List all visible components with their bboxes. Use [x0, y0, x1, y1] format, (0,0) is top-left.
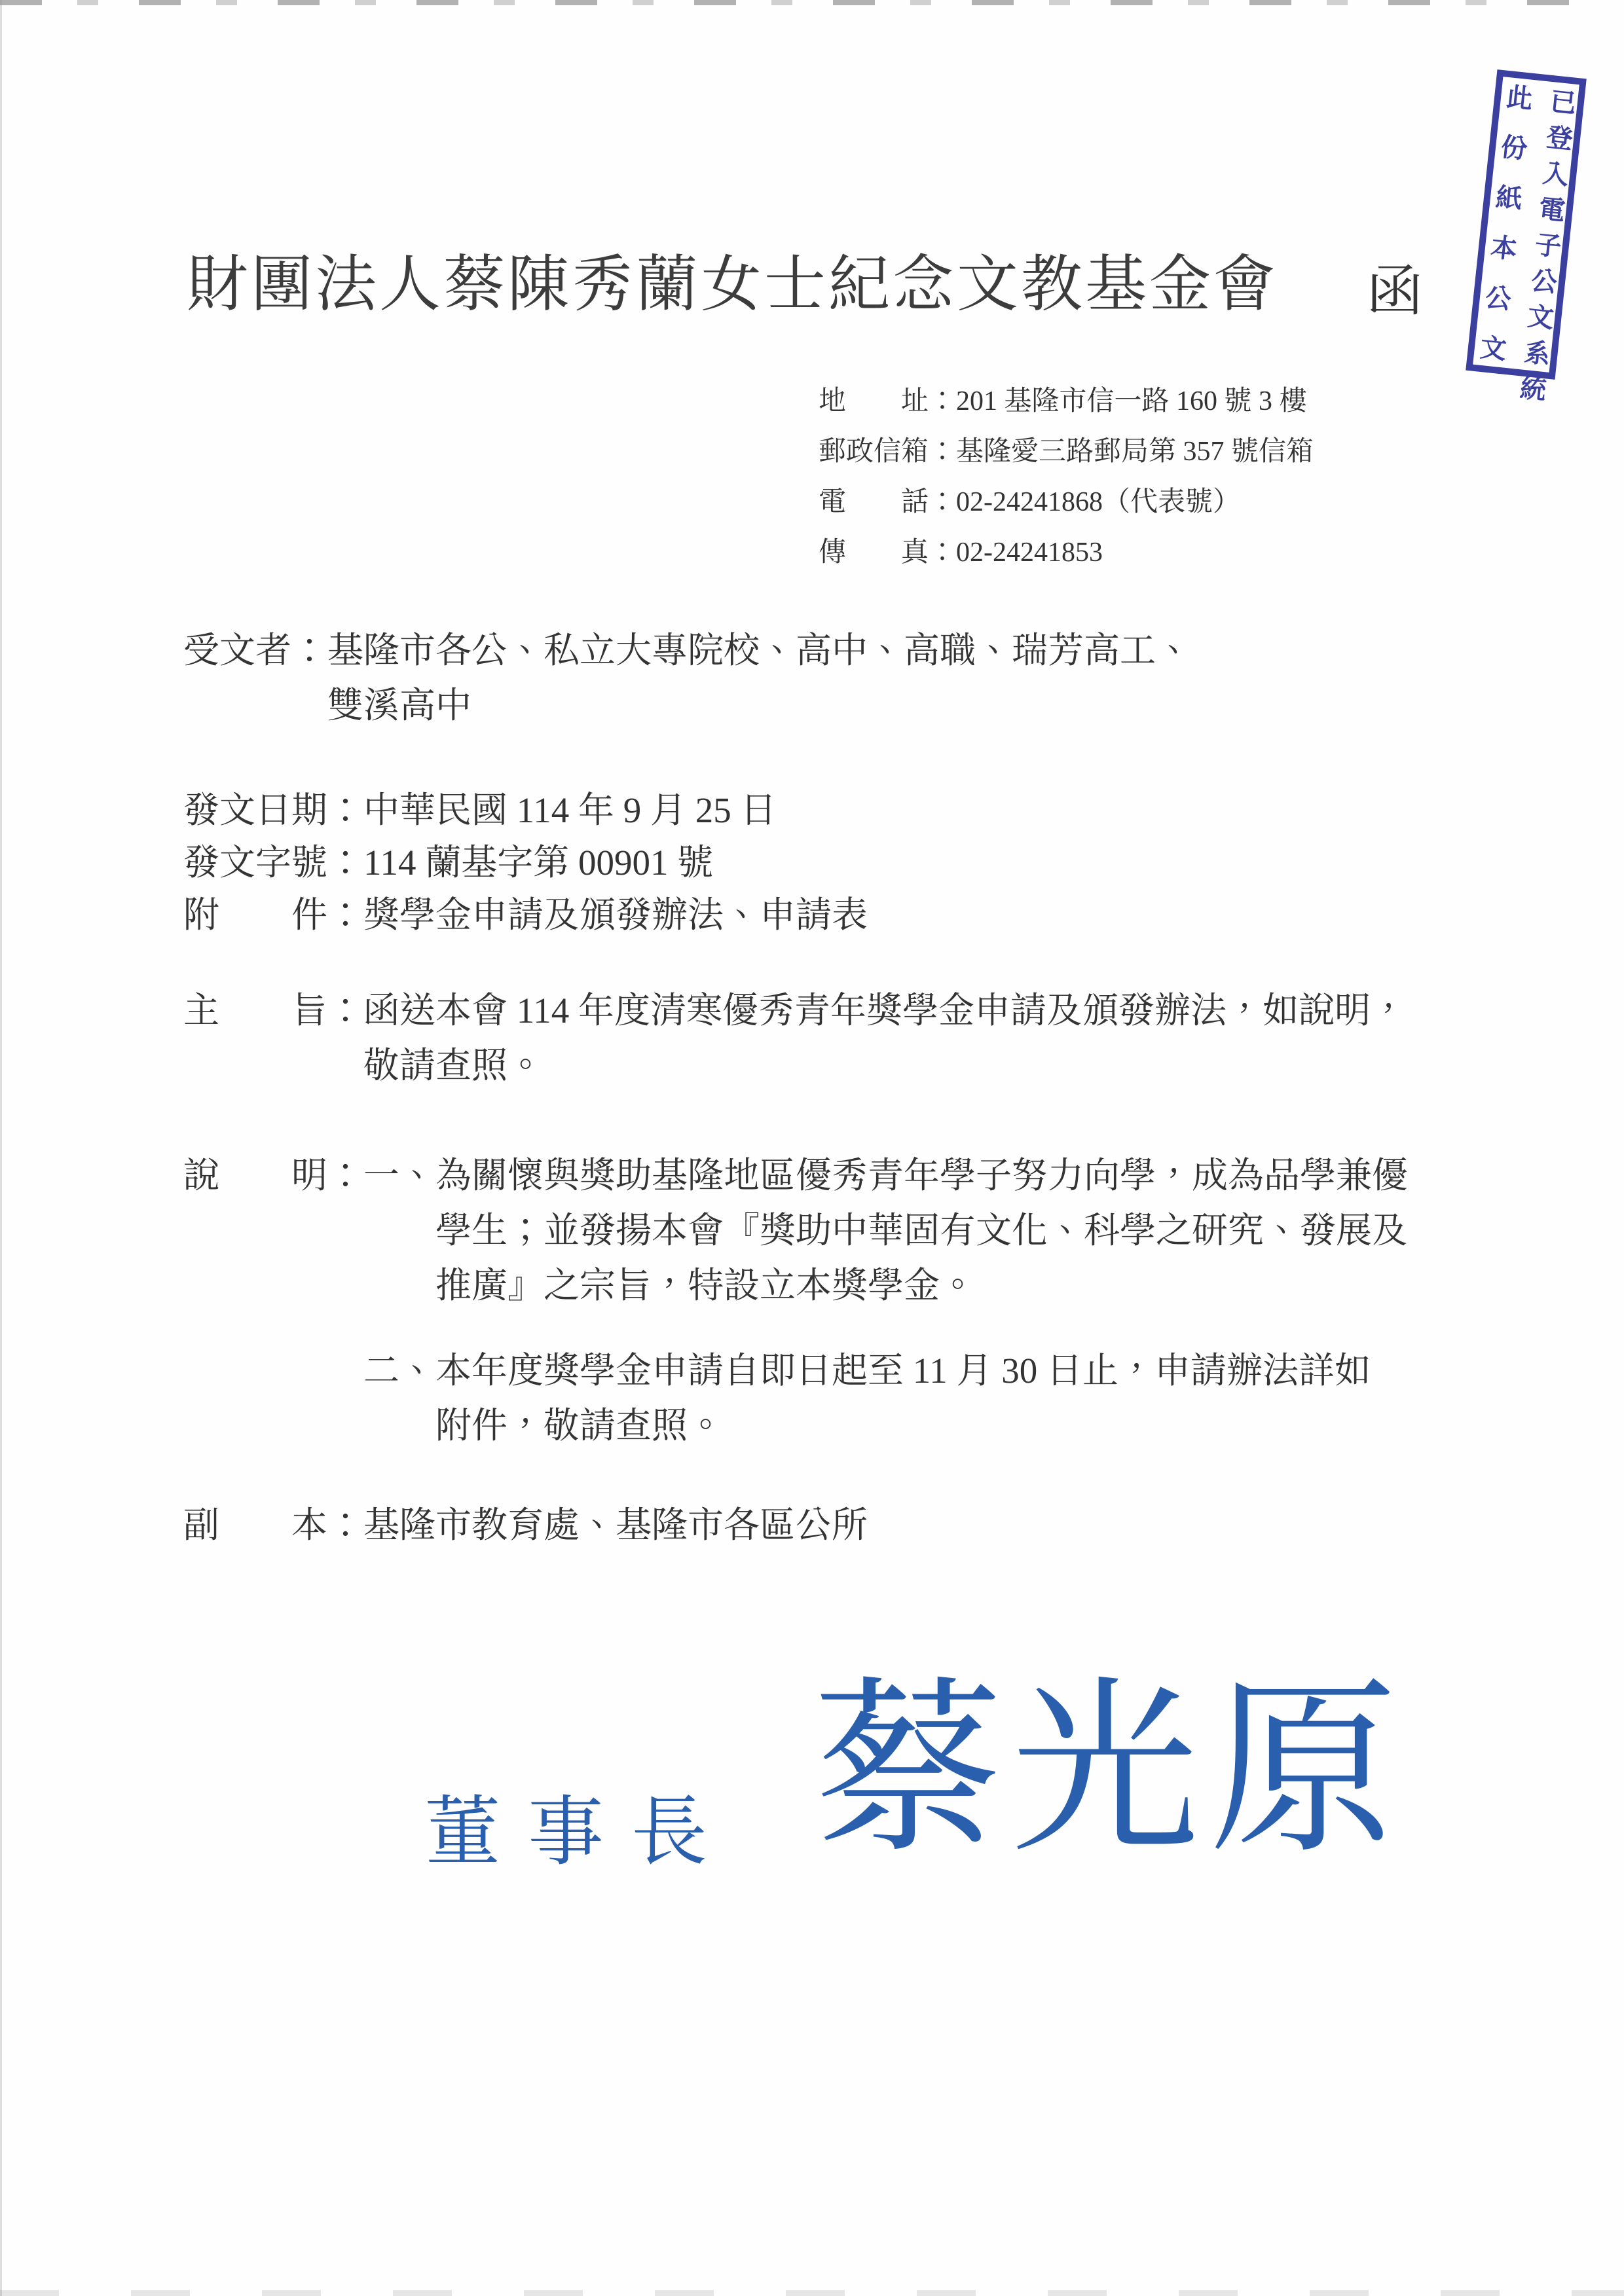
description-block: 說 明： 一、 為關懷與獎助基隆地區優秀青年學子努力向學，成為品學兼優 學生；並… — [183, 1148, 1408, 1453]
address-label: 地 址： — [819, 376, 956, 427]
description-items: 一、 為關懷與獎助基隆地區優秀青年學子努力向學，成為品學兼優 學生；並發揚本會『… — [363, 1148, 1408, 1453]
carbon-copy-value: 基隆市教育處、基隆市各區公所 — [363, 1498, 868, 1553]
pobox-label: 郵政信箱： — [819, 427, 956, 477]
phone-value: 02-24241868（代表號） — [956, 477, 1240, 528]
scan-artifact-left-edge — [0, 0, 2, 2296]
description-label: 說 明： — [183, 1148, 363, 1203]
recipient-line: 基隆市各公、私立大專院校、高中、高職、瑞芳高工、 — [327, 623, 1192, 678]
reference-number-value: 114 蘭基字第 00901 號 — [363, 837, 713, 889]
item-lines: 為關懷與獎助基隆地區優秀青年學子努力向學，成為品學兼優 學生；並發揚本會『獎助中… — [435, 1148, 1408, 1313]
item-number: 二、 — [363, 1343, 435, 1398]
pobox-row: 郵政信箱： 基隆愛三路郵局第 357 號信箱 — [819, 427, 1314, 477]
description-line: 為關懷與獎助基隆地區優秀青年學子努力向學，成為品學兼優 — [435, 1148, 1408, 1203]
description-item-2: 二、 本年度獎學金申請自即日起至 11 月 30 日止，申請辦法詳如 附件，敬請… — [363, 1343, 1408, 1453]
fax-row: 傳 真： 02-24241853 — [819, 528, 1314, 578]
carbon-copy-label: 副 本： — [183, 1498, 363, 1553]
electronic-registration-stamp: 此份紙本公文 已登入電子公文系統 — [1466, 69, 1587, 380]
fax-value: 02-24241853 — [956, 528, 1103, 578]
subject-line: 敬請查照。 — [363, 1038, 1407, 1093]
issue-date-label: 發文日期： — [183, 784, 363, 837]
attachment-row: 附 件： 獎學金申請及頒發辦法、申請表 — [183, 889, 868, 941]
page-title: 財團法人蔡陳秀蘭女士紀念文教基金會 — [187, 234, 1278, 323]
phone-row: 電 話： 02-24241868（代表號） — [819, 477, 1314, 528]
document-meta-block: 發文日期： 中華民國 114 年 9 月 25 日 發文字號： 114 蘭基字第… — [183, 784, 868, 941]
reference-number-row: 發文字號： 114 蘭基字第 00901 號 — [183, 837, 868, 889]
signer-name-signature: 蔡光原 — [813, 1677, 1407, 1866]
issue-date-value: 中華民國 114 年 9 月 25 日 — [363, 784, 776, 837]
recipient-block: 受文者： 基隆市各公、私立大專院校、高中、高職、瑞芳高工、 雙溪高中 — [183, 623, 1192, 733]
carbon-copy-block: 副 本： 基隆市教育處、基隆市各區公所 — [183, 1498, 868, 1553]
pobox-value: 基隆愛三路郵局第 357 號信箱 — [956, 427, 1314, 477]
recipient-label: 受文者： — [183, 623, 327, 678]
description-line: 附件，敬請查照。 — [435, 1398, 1371, 1453]
scan-artifact-bottom — [0, 2290, 1624, 2296]
scanned-letter-page: 財團法人蔡陳秀蘭女士紀念文教基金會 函 此份紙本公文 已登入電子公文系統 地 址… — [0, 0, 1624, 2296]
signer-title: 董事長 — [424, 1795, 735, 1871]
subject-block: 主 旨： 函送本會 114 年度清寒優秀青年獎學金申請及頒發辦法，如說明， 敬請… — [183, 983, 1407, 1093]
reference-number-label: 發文字號： — [183, 837, 363, 889]
subject-label: 主 旨： — [183, 983, 363, 1038]
description-line: 推廣』之宗旨，特設立本獎學金。 — [435, 1258, 1408, 1313]
scan-artifact-top — [0, 0, 1585, 5]
attachment-value: 獎學金申請及頒發辦法、申請表 — [363, 889, 868, 941]
description-item-1: 一、 為關懷與獎助基隆地區優秀青年學子努力向學，成為品學兼優 學生；並發揚本會『… — [363, 1148, 1408, 1313]
recipient-line: 雙溪高中 — [327, 678, 1192, 733]
attachment-label: 附 件： — [183, 889, 363, 941]
description-line: 學生；並發揚本會『獎助中華固有文化、科學之研究、發展及 — [435, 1203, 1408, 1258]
address-row: 地 址： 201 基隆市信一路 160 號 3 樓 — [819, 376, 1314, 427]
phone-label: 電 話： — [819, 477, 956, 528]
subject-content: 函送本會 114 年度清寒優秀青年獎學金申請及頒發辦法，如說明， 敬請查照。 — [363, 983, 1407, 1093]
address-value: 201 基隆市信一路 160 號 3 樓 — [956, 376, 1307, 427]
letterhead-contact-block: 地 址： 201 基隆市信一路 160 號 3 樓 郵政信箱： 基隆愛三路郵局第… — [819, 376, 1314, 578]
subject-line: 函送本會 114 年度清寒優秀青年獎學金申請及頒發辦法，如說明， — [363, 983, 1407, 1038]
issue-date-row: 發文日期： 中華民國 114 年 9 月 25 日 — [183, 784, 868, 837]
recipient-content: 基隆市各公、私立大專院校、高中、高職、瑞芳高工、 雙溪高中 — [327, 623, 1192, 733]
doc-type-label: 函 — [1367, 247, 1422, 327]
item-number: 一、 — [363, 1148, 435, 1203]
description-line: 本年度獎學金申請自即日起至 11 月 30 日止，申請辦法詳如 — [435, 1343, 1371, 1398]
fax-label: 傳 真： — [819, 528, 956, 578]
item-lines: 本年度獎學金申請自即日起至 11 月 30 日止，申請辦法詳如 附件，敬請查照。 — [435, 1343, 1371, 1453]
